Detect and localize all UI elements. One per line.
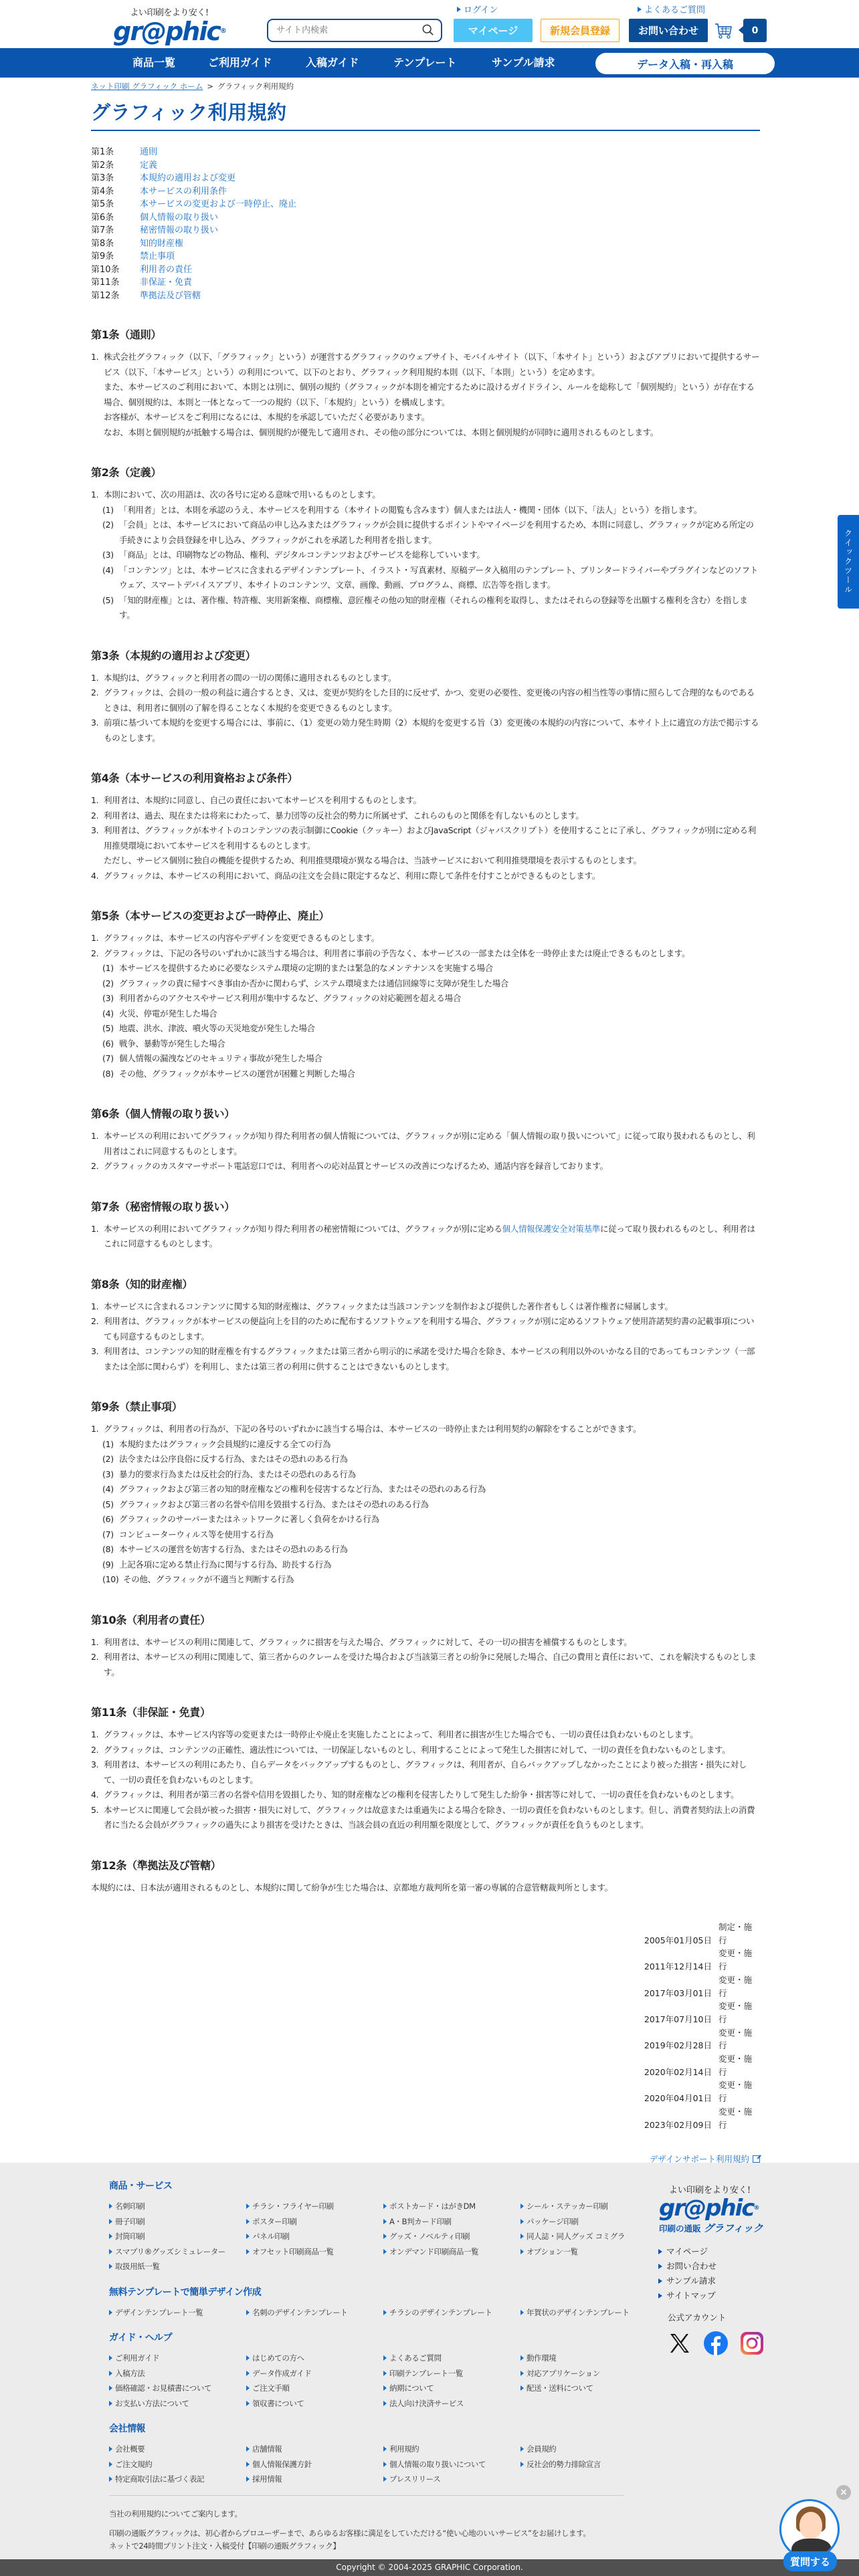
toc-link[interactable]: 定義: [140, 159, 157, 173]
triangle-icon: [520, 2385, 524, 2391]
footer-link-sitemap[interactable]: サイトマップ: [656, 2288, 777, 2303]
footer-quick-links: マイページ お問い合わせ サンプル請求 サイトマップ: [656, 2244, 777, 2303]
article-item: 2.グラフィックは、下記の各号のいずれかに該当する場合は、利用者に事前の予告なく…: [91, 946, 760, 962]
triangle-icon: [246, 2371, 250, 2376]
triangle-icon: [383, 2355, 387, 2361]
triangle-icon: [658, 2264, 662, 2269]
site-header: よい印刷をより安く! gr@phic® ログイン よくあるご質問 マイページ 新…: [0, 0, 859, 48]
footer-link[interactable]: デザインテンプレート一覧: [109, 2305, 246, 2321]
toc-link[interactable]: 通則: [140, 146, 157, 159]
footer-link[interactable]: グッズ・ノベルティ印刷: [383, 2229, 520, 2244]
footer-link[interactable]: オプション一覧: [520, 2244, 658, 2260]
triangle-icon: [383, 2476, 387, 2482]
nav-sample-request[interactable]: サンプル請求: [492, 48, 555, 78]
toc-item: 第11条非保証・免責: [91, 276, 760, 290]
footer-section-guide: ガイド・ヘルプ ご利用ガイドはじめての方へよくあるご質問動作環境入稿方法データ作…: [109, 2331, 658, 2411]
official-accounts-label: 公式アカウント: [656, 2311, 777, 2323]
triangle-icon: [658, 2249, 662, 2254]
copyright-bar: Copyright © 2004-2025 GRAPHIC Corporatio…: [0, 2559, 859, 2576]
footer-tagline: よい印刷をより安く!: [656, 2183, 757, 2195]
footer-link[interactable]: ご利用ガイド: [109, 2351, 246, 2366]
triangle-icon: [520, 2204, 524, 2209]
triangle-icon: [109, 2401, 112, 2406]
triangle-icon: [109, 2234, 112, 2239]
toc-item: 第1条通則: [91, 146, 760, 159]
footer-link[interactable]: ポスター印刷: [246, 2214, 383, 2230]
triangle-icon: [109, 2476, 112, 2482]
article-4: 第4条（本サービスの利用資格および条件） 1.利用者は、本規約に同意し、自己の責…: [91, 770, 760, 883]
sub-item: (4)火災、停電が発生した場合: [96, 1006, 760, 1022]
triangle-icon: [109, 2204, 112, 2209]
article-heading: 第3条（本規約の適用および変更）: [91, 647, 760, 663]
footer-about-2: 印刷の通販グラフィックは、初心者からプロユーザーまで、あらゆるお客様に満足をして…: [109, 2527, 658, 2540]
toc-link[interactable]: 本サービスの利用条件: [140, 185, 227, 199]
footer-link[interactable]: 特定商取引法に基づく表記: [109, 2472, 246, 2487]
triangle-icon: [109, 2310, 112, 2315]
article-item: 3.前項に基づいて本規約を変更する場合には、事前に、（1）変更の効力発生時期（2…: [91, 716, 760, 746]
article-item: 2.利用者は、本サービスの利用に関連して、第三者からのクレームを受けた場合および…: [91, 1650, 760, 1680]
triangle-icon: [246, 2446, 250, 2452]
history-row: 2011年12月14日変更・施行: [91, 1947, 760, 1973]
triangle-icon: [246, 2234, 250, 2239]
footer-link[interactable]: 入稿方法: [109, 2366, 246, 2381]
triangle-icon: [109, 2219, 112, 2224]
sub-item: (2)「会員」とは、本サービスにおいて商品の申し込みまたはグラフィックが会員に提…: [96, 518, 760, 548]
triangle-icon: [246, 2310, 250, 2315]
triangle-icon: [246, 2476, 250, 2482]
article-heading: 第10条（利用者の責任）: [91, 1612, 760, 1627]
footer-divider: [109, 2495, 624, 2496]
article-item: 1.グラフィックは、本サービスの内容やデザインを変更できるものとします。: [91, 931, 760, 946]
article-item: 1.本サービスの利用においてグラフィックが知り得た利用者の秘密情報については、グ…: [91, 1222, 760, 1252]
footer-link[interactable]: 動作環境: [520, 2351, 658, 2366]
sub-item: (2)グラフィックの責に帰すべき事由か否かに関わらず、システム環境または通信回線…: [96, 976, 760, 992]
nav-templates[interactable]: テンプレート: [393, 48, 457, 78]
sub-item: (5)地震、洪水、津波、噴火等の天災地変が発生した場合: [96, 1021, 760, 1037]
article-7: 第7条（秘密情報の取り扱い） 1.本サービスの利用においてグラフィックが知り得た…: [91, 1198, 760, 1252]
footer-logo-sub: 印刷の通販 グラフィック: [656, 2221, 777, 2235]
article-item: 1.本規約は、グラフィックと利用者の間の一切の関係に適用されるものとします。: [91, 671, 760, 686]
search-icon[interactable]: [422, 24, 434, 36]
article-item: 1. 株式会社グラフィック（以下、「グラフィック」という）が運営するグラフィック…: [91, 350, 760, 440]
triangle-icon: [383, 2385, 387, 2391]
triangle-icon: [109, 2264, 112, 2269]
article-text: 本規約には、日本法が適用されるものとし、本規約に関して紛争が生じた場合は、京都地…: [91, 1881, 760, 1896]
history-row: 2023年02月09日変更・施行: [91, 2105, 760, 2131]
history-row: 2020年04月01日変更・施行: [91, 2078, 760, 2105]
article-6: 第6条（個人情報の取り扱い） 1.本サービスの利用においてグラフィックが知り得た…: [91, 1105, 760, 1174]
footer-link[interactable]: 冊子印刷: [109, 2214, 246, 2230]
triangle-icon: [109, 2355, 112, 2361]
footer-link[interactable]: お支払い方法について: [109, 2396, 246, 2411]
article-heading: 第7条（秘密情報の取り扱い）: [91, 1198, 760, 1214]
page-title: グラフィック利用規約: [91, 96, 760, 131]
article-item: 4.グラフィックは、利用者が第三者の名誉や信用を毀損したり、知的財産権などの権利…: [91, 1788, 760, 1803]
triangle-icon: [109, 2371, 112, 2376]
triangle-icon: [520, 2219, 524, 2224]
footer-link[interactable]: データ作成ガイド: [246, 2366, 383, 2381]
triangle-icon: [383, 2310, 387, 2315]
toc-item: 第10条利用者の責任: [91, 263, 760, 277]
triangle-icon: [383, 2204, 387, 2209]
triangle-icon: [246, 2204, 250, 2209]
table-of-contents: 第1条通則 第2条定義 第3条本規約の適用および変更 第4条本サービスの利用条件…: [91, 146, 760, 302]
sub-item: (3)利用者からのアクセスやサービス利用が集中するなど、グラフィックの対応範囲を…: [96, 991, 760, 1006]
facebook-icon[interactable]: [704, 2331, 728, 2355]
triangle-icon: [383, 2249, 387, 2254]
footer-link[interactable]: ご注文手順: [246, 2381, 383, 2396]
sub-item: (1)本規約またはグラフィック会員規約に違反する全ての行為: [96, 1437, 760, 1453]
article-item: 1.利用者は、本規約に同意し、自己の責任において本サービスを利用するものとします…: [91, 793, 760, 809]
site-footer: 商品・サービス 名刺印刷チラシ・フライヤー印刷ポストカード・はがきDMシール・ス…: [0, 2163, 859, 2576]
register-button[interactable]: 新規会員登録: [541, 19, 619, 42]
article-heading: 第9条（禁止事項）: [91, 1398, 760, 1414]
nav-products[interactable]: 商品一覧: [132, 48, 175, 78]
triangle-icon: [109, 2249, 112, 2254]
triangle-icon: [246, 2249, 250, 2254]
sub-item: (4)グラフィックおよび第三者の知的財産権などの権利を侵害するなど行為、またはそ…: [96, 1482, 760, 1497]
login-link[interactable]: ログイン: [457, 3, 498, 15]
footer-brand: よい印刷をより安く! gr@phic® 印刷の通販 グラフィック マイページ お…: [656, 2183, 777, 2355]
triangle-icon: [383, 2401, 387, 2406]
article-item: 2.グラフィックは、会員の一般の利益に適合するとき、又は、変更が契約をした目的に…: [91, 685, 760, 716]
footer-link[interactable]: チラシ・フライヤー印刷: [246, 2199, 383, 2214]
triangle-icon: [109, 2462, 112, 2467]
toc-link[interactable]: 禁止事項: [140, 250, 175, 263]
footer-link[interactable]: 対応アプリケーション: [520, 2366, 658, 2381]
article-12: 第12条（準拠法及び管轄） 本規約には、日本法が適用されるものとし、本規約に関し…: [91, 1857, 760, 1896]
sub-item: (5)グラフィックおよび第三者の名誉や信用を毀損する行為、またはその恐れのある行…: [96, 1497, 760, 1513]
toc-item: 第7条秘密情報の取り扱い: [91, 224, 760, 237]
toc-link[interactable]: 秘密情報の取り扱い: [140, 224, 218, 237]
footer-link[interactable]: 年賀状のデザインテンプレート: [520, 2305, 658, 2321]
sub-item: (7)個人情報の漏洩などのセキュリティ事故が発生した場合: [96, 1051, 760, 1067]
footer-link[interactable]: 名刺のデザインテンプレート: [246, 2305, 383, 2321]
toc-item: 第5条本サービスの変更および一時停止、廃止: [91, 198, 760, 211]
triangle-icon: [383, 2446, 387, 2452]
article-10: 第10条（利用者の責任） 1.利用者は、本サービスの利用に関連して、グラフィック…: [91, 1612, 760, 1681]
article-heading: 第5条（本サービスの変更および一時停止、廃止）: [91, 907, 760, 923]
footer-link[interactable]: 採用情報: [246, 2472, 383, 2487]
triangle-icon: [246, 2401, 250, 2406]
footer-link[interactable]: よくあるご質問: [383, 2351, 520, 2366]
footer-link-sample[interactable]: サンプル請求: [656, 2274, 777, 2288]
footer-link[interactable]: ご注文規約: [109, 2457, 246, 2472]
triangle-icon: [658, 2278, 662, 2284]
footer-link[interactable]: 反社会的勢力排除宣言: [520, 2457, 658, 2472]
footer-link[interactable]: シール・ステッカー印刷: [520, 2199, 658, 2214]
cart-count-badge[interactable]: 0: [743, 19, 767, 42]
article-heading: 第1条（通則）: [91, 326, 760, 342]
triangle-icon: [383, 2234, 387, 2239]
triangle-icon: [246, 2385, 250, 2391]
article-item: 1.本サービスに含まれるコンテンツに関する知的財産権は、グラフィックまたは当該コ…: [91, 1299, 760, 1315]
social-links: [656, 2331, 777, 2355]
article-5: 第5条（本サービスの変更および一時停止、廃止） 1.グラフィックは、本サービスの…: [91, 907, 760, 1081]
footer-link-mypage[interactable]: マイページ: [656, 2244, 777, 2259]
toc-link[interactable]: 本サービスの変更および一時停止、廃止: [140, 198, 296, 211]
triangle-icon: [383, 2219, 387, 2224]
instagram-icon[interactable]: [740, 2331, 764, 2355]
footer-link[interactable]: 店舗情報: [246, 2442, 383, 2457]
logo-link[interactable]: よい印刷をより安く! gr@phic®: [112, 5, 226, 45]
site-search: [267, 19, 442, 42]
sub-item: (5)「知的財産権」とは、著作権、特許権、実用新案権、商標権、意匠権その他の知的…: [96, 593, 760, 623]
sub-item: (2)法令または公序良俗に反する行為、またはその恐れのある行為: [96, 1452, 760, 1467]
main-nav: 商品一覧 ご利用ガイド 入稿ガイド テンプレート サンプル請求 データ入稿・再入…: [0, 48, 859, 78]
footer-section-company: 会社情報 会社概要店舗情報利用規約会員規約ご注文規約個人情報保護方針個人情報の取…: [109, 2422, 658, 2487]
article-heading: 第4条（本サービスの利用資格および条件）: [91, 770, 760, 785]
ask-question-button[interactable]: 質問する: [783, 2551, 837, 2571]
contact-button[interactable]: お問い合わせ: [629, 19, 708, 42]
security-standard-link[interactable]: 個人情報保護安全対策基準: [502, 1224, 600, 1234]
footer-link[interactable]: ポストカード・はがきDM: [383, 2199, 520, 2214]
article-1: 第1条（通則） 1. 株式会社グラフィック（以下、「グラフィック」という）が運営…: [91, 326, 760, 440]
data-submit-button[interactable]: データ入稿・再入稿: [595, 53, 775, 74]
footer-link[interactable]: オンデマンド印刷商品一覧: [383, 2244, 520, 2260]
sub-item: (9)上記各項に定める禁止行為に関与する行為、助長する行為: [96, 1558, 760, 1573]
article-item: 2.グラフィックのカスタマーサポート電話窓口では、利用者への応対品質とサービスの…: [91, 1159, 760, 1174]
main-content: ネット印刷 グラフィック ホーム>グラフィック利用規約 グラフィック利用規約 第…: [0, 78, 859, 2165]
article-heading: 第2条（定義）: [91, 464, 760, 479]
operator-avatar: [779, 2499, 840, 2559]
footer-link[interactable]: オフセット印刷商品一覧: [246, 2244, 383, 2260]
triangle-icon: [246, 2355, 250, 2361]
triangle-icon: [520, 2355, 524, 2361]
triangle-icon: [520, 2249, 524, 2254]
article-item: 2.グラフィックは、コンテンツの正確性、適法性については、一切保証しないものとし…: [91, 1743, 760, 1758]
search-input[interactable]: [276, 20, 417, 41]
graphic-logo: gr@phic®: [112, 18, 226, 45]
history-row: 2017年03月01日変更・施行: [91, 1973, 760, 2000]
triangle-icon: [246, 2219, 250, 2224]
triangle-icon: [383, 2462, 387, 2467]
article-item: 1.本サービスの利用においてグラフィックが知り得た利用者の個人情報については、グ…: [91, 1129, 760, 1159]
sub-item: (10)その他、グラフィックが不適当と判断する行為: [96, 1572, 760, 1588]
footer-about-3: ネットで24時間プリント注文・入稿受付【印刷の通販グラフィック】: [109, 2540, 658, 2553]
article-item: 3.利用者は、コンテンツの知的財産権を有するグラフィックまたは第三者から明示的に…: [91, 1344, 760, 1374]
footer-link[interactable]: チラシのデザインテンプレート: [383, 2305, 520, 2321]
footer-link[interactable]: 同人誌・同人グッズ コミグラ: [520, 2229, 658, 2244]
footer-link[interactable]: 納期について: [383, 2381, 520, 2396]
toc-link[interactable]: 個人情報の取り扱い: [140, 211, 218, 225]
triangle-icon: [246, 2462, 250, 2467]
chat-close-button[interactable]: ×: [836, 2485, 851, 2500]
nav-submission-guide[interactable]: 入稿ガイド: [306, 48, 359, 78]
chat-widget[interactable]: 質問する: [779, 2499, 843, 2576]
external-link-icon: [753, 2155, 760, 2163]
footer-section-products: 商品・サービス 名刺印刷チラシ・フライヤー印刷ポストカード・はがきDMシール・ス…: [109, 2179, 658, 2274]
article-8: 第8条（知的財産権） 1.本サービスに含まれるコンテンツに関する知的財産権は、グ…: [91, 1276, 760, 1375]
article-heading: 第8条（知的財産権）: [91, 1276, 760, 1291]
breadcrumb: ネット印刷 グラフィック ホーム>グラフィック利用規約: [91, 78, 760, 96]
article-item: 2.利用者は、過去、現在または将来にわたって、暴力団等の反社会的勢力に所属せず、…: [91, 809, 760, 824]
triangle-icon: [520, 2234, 524, 2239]
footer-link[interactable]: スマプリ®グッズシミュレーター: [109, 2244, 246, 2260]
triangle-icon: [383, 2371, 387, 2376]
sub-item: (8)本サービスの運営を妨害する行為、またはその恐れのある行為: [96, 1542, 760, 1558]
article-9: 第9条（禁止事項） 1.グラフィックは、利用者の行為が、下記の各号のいずれかに該…: [91, 1398, 760, 1588]
history-row: 2020年02月14日変更・施行: [91, 2052, 760, 2078]
article-heading: 第12条（準拠法及び管轄）: [91, 1857, 760, 1872]
article-item: 3.利用者は、本サービスの利用にあたり、自らデータをバックアップするものとし、グ…: [91, 1757, 760, 1788]
quick-tool-tab[interactable]: クイックツール: [838, 515, 859, 609]
x-icon[interactable]: [668, 2331, 692, 2355]
footer-about-1: 当社の利用規約についてご案内します。: [109, 2508, 658, 2520]
footer-link[interactable]: 利用規約: [383, 2442, 520, 2457]
footer-link[interactable]: 会社概要: [109, 2442, 246, 2457]
triangle-icon: [520, 2446, 524, 2452]
footer-link[interactable]: 法人向け決済サービス: [383, 2396, 520, 2411]
article-item: 1.利用者は、本サービスの利用に関連して、グラフィックに損害を与えた場合、グラフ…: [91, 1635, 760, 1650]
article-heading: 第11条（非保証・免責）: [91, 1704, 760, 1719]
footer-link[interactable]: はじめての方へ: [246, 2351, 383, 2366]
footer-link[interactable]: 配送・送料について: [520, 2381, 658, 2396]
footer-link[interactable]: 個人情報保護方針: [246, 2457, 383, 2472]
toc-item: 第9条禁止事項: [91, 250, 760, 263]
footer-section-templates: 無料テンプレートで簡単デザイン作成 デザインテンプレート一覧名刺のデザインテンプ…: [109, 2285, 658, 2321]
footer-link[interactable]: A・B判カード印刷: [383, 2214, 520, 2230]
triangle-icon: [109, 2385, 112, 2391]
toc-item: 第12条準拠法及び管轄: [91, 290, 760, 303]
footer-link[interactable]: 印刷テンプレート一覧: [383, 2366, 520, 2381]
article-item: 1.グラフィックは、利用者の行為が、下記の各号のいずれかに該当する場合は、本サー…: [91, 1422, 760, 1437]
article-item: 2.利用者は、グラフィックが本サービスの便益向上を目的のために配布するソフトウェ…: [91, 1314, 760, 1344]
sub-item: (3)暴力的要求行為または反社会的行為、またはその恐れのある行為: [96, 1467, 760, 1483]
sub-item: (6)グラフィックのサーバーまたはネットワークに著しく負荷をかける行為: [96, 1512, 760, 1527]
breadcrumb-current: グラフィック利用規約: [217, 82, 294, 91]
footer-link[interactable]: 取扱用紙一覧: [109, 2259, 246, 2274]
toc-link[interactable]: 本規約の適用および変更: [140, 172, 235, 185]
nav-usage-guide[interactable]: ご利用ガイド: [208, 48, 272, 78]
article-11: 第11条（非保証・免責） 1.グラフィックは、本サービス内容等の変更または一時停…: [91, 1704, 760, 1833]
toc-item: 第4条本サービスの利用条件: [91, 185, 760, 199]
triangle-icon: [658, 2293, 662, 2298]
footer-link[interactable]: 領収書について: [246, 2396, 383, 2411]
footer-link[interactable]: パネル印刷: [246, 2229, 383, 2244]
sub-item: (8)その他、グラフィックが本サービスの運営が困難と判断した場合: [96, 1067, 760, 1082]
toc-item: 第6条個人情報の取り扱い: [91, 211, 760, 225]
sub-item: (4)「コンテンツ」とは、本サービスに含まれるデザインテンプレート、イラスト・写…: [96, 563, 760, 593]
article-item: 3.利用者は、グラフィックが本サイトのコンテンツの表示制御にCookie（クッキ…: [91, 823, 760, 869]
sub-item: (7)コンピューターウィルス等を使用する行為: [96, 1527, 760, 1543]
toc-item: 第2条定義: [91, 159, 760, 173]
article-item: 5.本サービスに関連して会員が被った損害・損失に対して、グラフィックは故意または…: [91, 1803, 760, 1833]
footer-link[interactable]: 価格確認・お見積書について: [109, 2381, 246, 2396]
faq-link[interactable]: よくあるご質問: [638, 3, 705, 15]
footer-link-contact[interactable]: お問い合わせ: [656, 2259, 777, 2274]
footer-link[interactable]: 封筒印刷: [109, 2229, 246, 2244]
revision-history: 2005年01月05日制定・施行 2011年12月14日変更・施行 2017年0…: [91, 1921, 760, 2131]
footer-logo[interactable]: gr@phic®: [656, 2195, 777, 2221]
sub-item: (1)本サービスを提供するために必要なシステム環境の定期的または緊急的なメンテナ…: [96, 961, 760, 976]
triangle-icon: [638, 7, 642, 12]
toc-link[interactable]: 知的財産権: [140, 237, 183, 251]
history-row: 2005年01月05日制定・施行: [91, 1921, 760, 1947]
toc-link[interactable]: 非保証・免責: [140, 276, 192, 290]
article-item: 4.グラフィックは、本サービスの利用において、商品の注文を会員に限定するなど、利…: [91, 869, 760, 884]
mypage-button[interactable]: マイページ: [454, 19, 533, 42]
footer-links: 商品・サービス 名刺印刷チラシ・フライヤー印刷ポストカード・はがきDMシール・ス…: [109, 2179, 658, 2553]
footer-link[interactable]: プレスリリース: [383, 2472, 520, 2487]
toc-link[interactable]: 利用者の責任: [140, 263, 192, 277]
footer-link[interactable]: パッケージ印刷: [520, 2214, 658, 2230]
article-heading: 第6条（個人情報の取り扱い）: [91, 1105, 760, 1121]
toc-link[interactable]: 準拠法及び管轄: [140, 290, 201, 303]
toc-item: 第8条知的財産権: [91, 237, 760, 251]
sub-item: (3)「商品」とは、印刷物などの物品、権利、デジタルコンテンツおよびサービスを総…: [96, 548, 760, 563]
triangle-icon: [520, 2462, 524, 2467]
history-row: 2017年07月10日変更・施行: [91, 2000, 760, 2026]
article-item: 1.本則において、次の用語は、次の各号に定める意味で用いるものとします。: [91, 488, 760, 503]
article-2: 第2条（定義） 1.本則において、次の用語は、次の各号に定める意味で用いるものと…: [91, 464, 760, 623]
article-3: 第3条（本規約の適用および変更） 1.本規約は、グラフィックと利用者の間の一切の…: [91, 647, 760, 746]
sub-item: (6)戦争、暴動等が発生した場合: [96, 1037, 760, 1052]
triangle-icon: [109, 2446, 112, 2452]
breadcrumb-home[interactable]: ネット印刷 グラフィック ホーム: [91, 82, 203, 91]
triangle-icon: [457, 7, 461, 12]
history-row: 2019年02月28日変更・施行: [91, 2026, 760, 2052]
footer-link[interactable]: 個人情報の取り扱いについて: [383, 2457, 520, 2472]
triangle-icon: [520, 2371, 524, 2376]
footer-link[interactable]: 名刺印刷: [109, 2199, 246, 2214]
article-item: 1.グラフィックは、本サービス内容等の変更または一時停止や廃止を実施したことによ…: [91, 1727, 760, 1743]
cart-icon[interactable]: [714, 22, 733, 39]
sub-item: (1)「利用者」とは、本則を承認のうえ、本サービスを利用する（本サイトの閲覧も含…: [96, 503, 760, 518]
triangle-icon: [520, 2310, 524, 2315]
toc-item: 第3条本規約の適用および変更: [91, 172, 760, 185]
footer-link[interactable]: 会員規約: [520, 2442, 658, 2457]
